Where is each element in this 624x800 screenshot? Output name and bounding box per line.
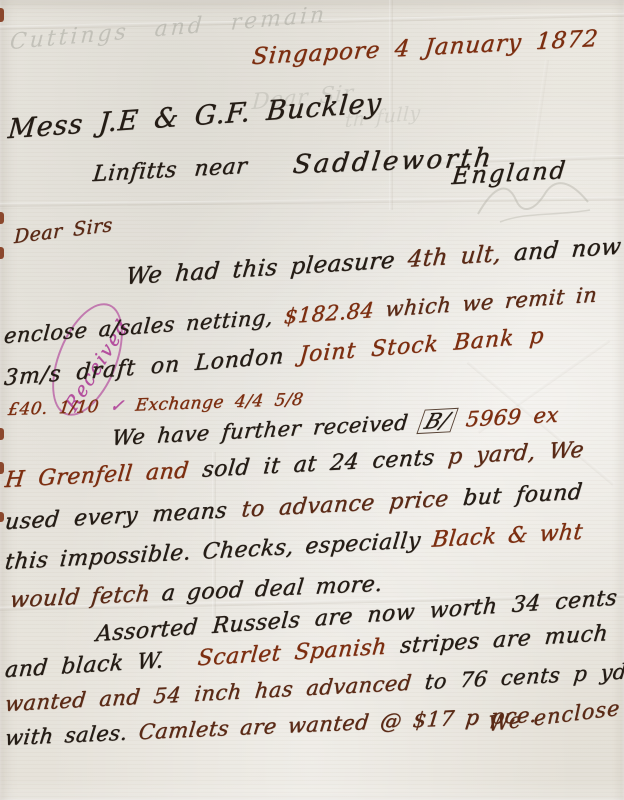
text-segment: and black W.	[4, 648, 165, 683]
letter-page: Cuttings and remain Dear Sir th fully Si…	[0, 0, 624, 800]
text-segment: Joint Stock Bank p	[298, 323, 545, 368]
text-segment: p yard, We	[447, 438, 586, 470]
text-segment: H Grenfell and	[4, 458, 204, 494]
text-segment: sold it at 24 cents	[201, 445, 449, 483]
edge-ink-mark	[0, 462, 4, 474]
salutation: Dear Sirs	[14, 214, 113, 248]
text-segment: enclose a/sales netting,	[3, 304, 285, 348]
text-segment: to advance price	[240, 486, 464, 523]
address-recipient: Mess J.E & G.F. Buckley	[7, 88, 383, 145]
edge-ink-mark	[0, 428, 4, 440]
text-segment: $182.84	[283, 298, 375, 329]
edge-ink-mark	[0, 8, 4, 22]
edge-ink-mark	[0, 247, 4, 259]
address-locality: Linfitts near	[92, 154, 249, 187]
text-segment: 3m/s draft on London	[3, 343, 300, 391]
text-segment: Black & wht	[431, 520, 584, 553]
text-segment: stripes are much	[399, 621, 609, 659]
text-segment: and now	[500, 234, 623, 268]
text-segment: We have further received	[111, 410, 422, 450]
text-segment: which we remit in	[373, 282, 598, 322]
text-segment: 4th ult,	[406, 241, 502, 273]
text-segment: We had this pleasure	[125, 247, 409, 290]
text-segment: but found	[462, 480, 584, 511]
crease-vertical-top-right	[530, 60, 549, 169]
closing-phrase: We enclose	[488, 696, 621, 737]
body-line-p1l1: We had this pleasure 4th ult, and now	[125, 234, 623, 290]
text-segment: Exchange 4/4 5/8	[123, 390, 304, 416]
text-segment: £40. 1/10	[7, 396, 111, 420]
edge-ink-mark	[0, 212, 4, 224]
text-segment: to 76 cents p yd	[424, 659, 624, 694]
text-segment: with sales.	[4, 720, 141, 750]
text-segment: this impossible. Checks, especially	[4, 528, 434, 576]
text-segment: would fetch	[9, 581, 164, 613]
edge-ink-mark	[0, 512, 4, 522]
text-segment: used every means	[4, 498, 243, 536]
text-segment: Camlets are wanted @ $17 p pce.	[137, 703, 538, 745]
